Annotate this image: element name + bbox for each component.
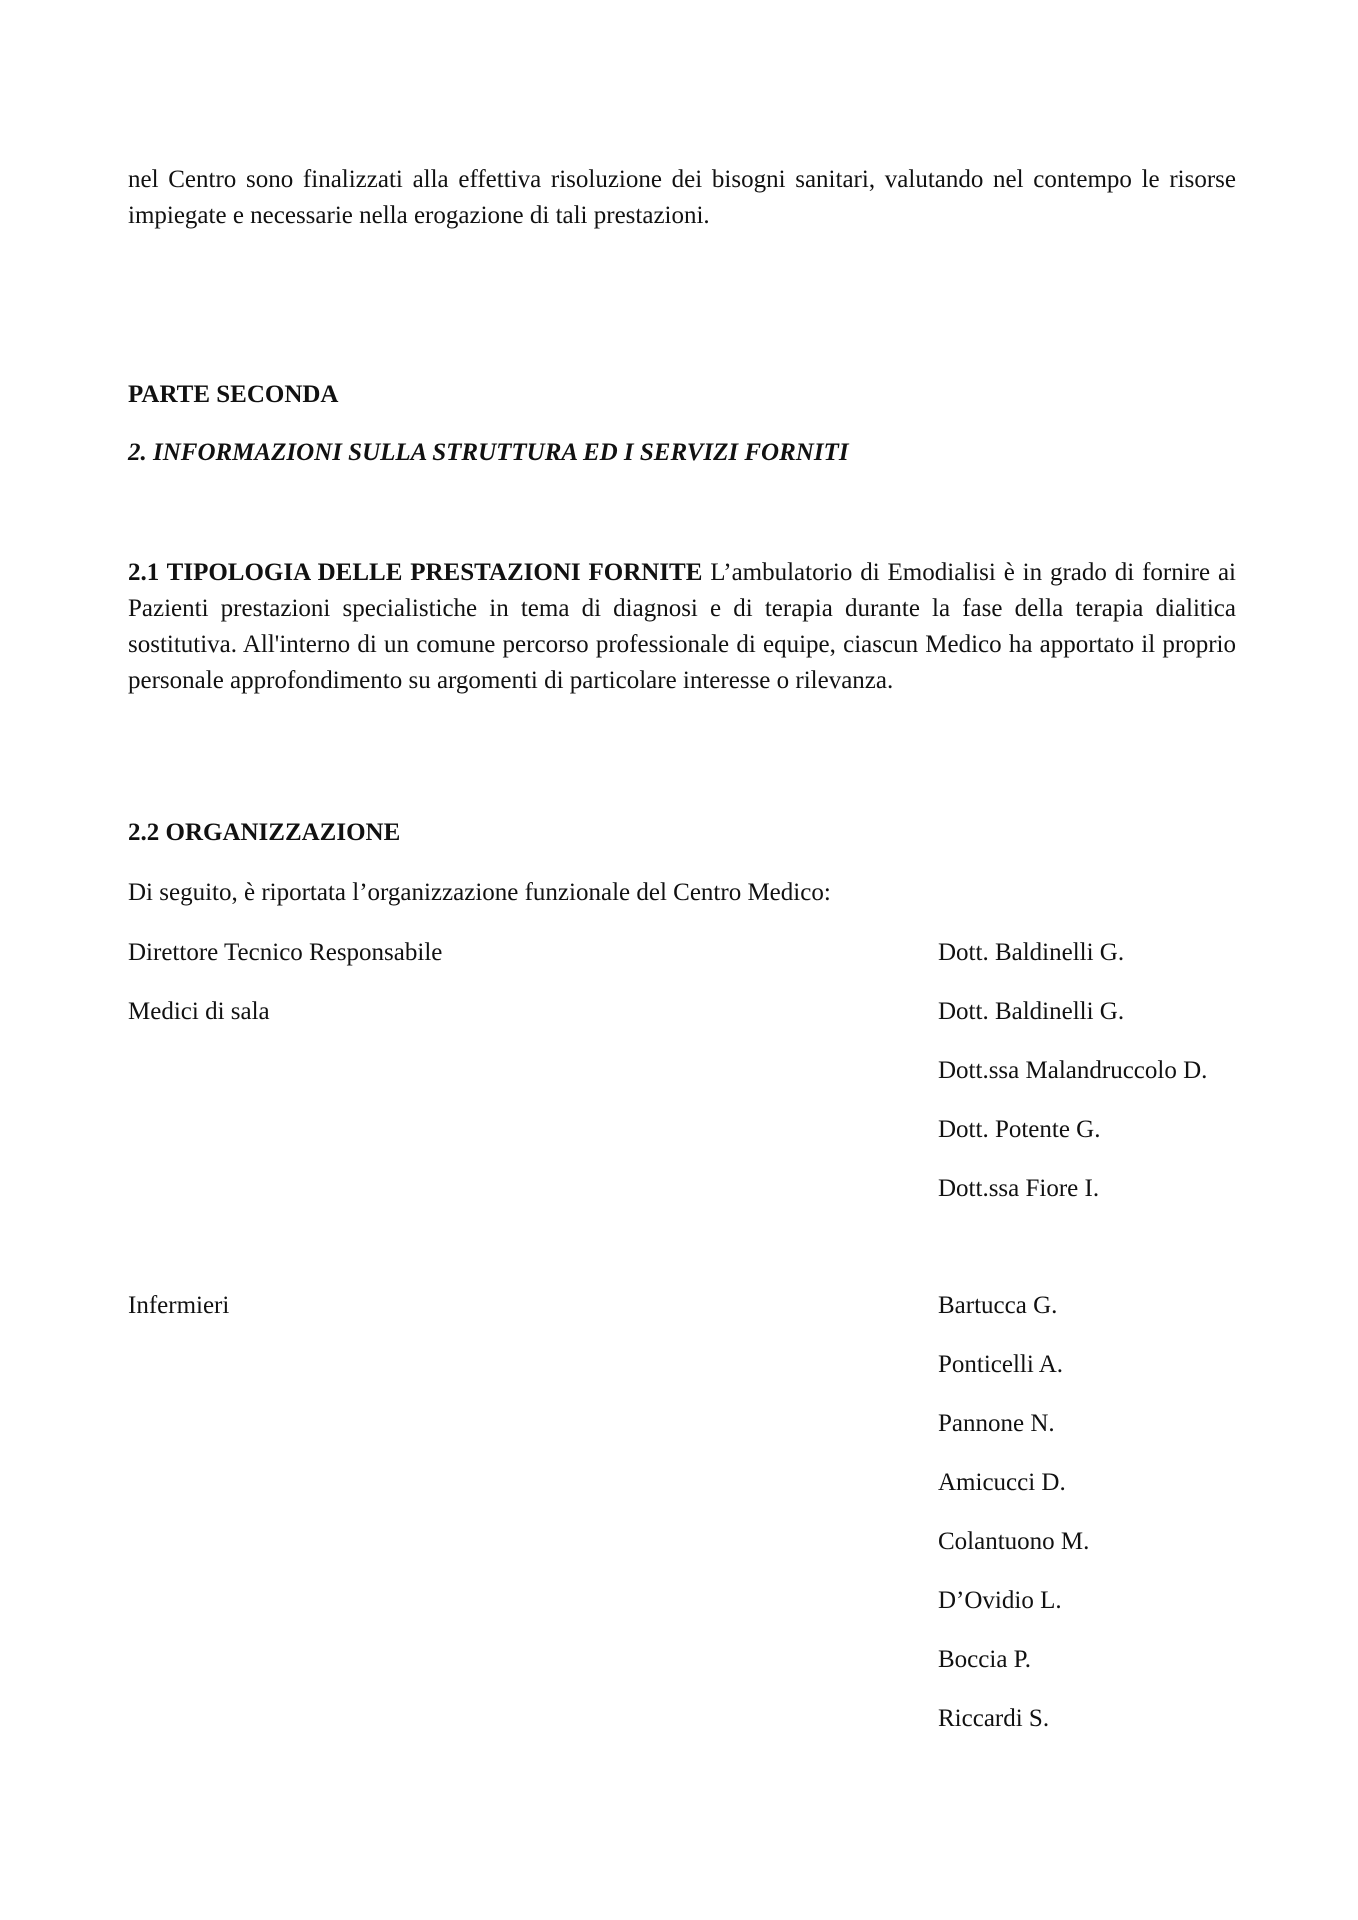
role-label-director: Direttore Tecnico Responsabile bbox=[128, 938, 442, 968]
person-name: Bartucca G. bbox=[938, 1291, 1057, 1321]
person-name: Dott.ssa Fiore I. bbox=[938, 1174, 1099, 1204]
person-name: Boccia P. bbox=[938, 1645, 1031, 1675]
role-label-doctors: Medici di sala bbox=[128, 997, 270, 1027]
section-2-1: 2.1 TIPOLOGIA DELLE PRESTAZIONI FORNITE … bbox=[128, 555, 1236, 699]
section-2-1-title: 2.1 TIPOLOGIA DELLE PRESTAZIONI FORNITE bbox=[128, 559, 702, 586]
role-label-nurses: Infermieri bbox=[128, 1291, 229, 1321]
person-name: D’Ovidio L. bbox=[938, 1586, 1062, 1616]
part-heading: PARTE SECONDA bbox=[128, 380, 339, 410]
person-name: Amicucci D. bbox=[938, 1468, 1066, 1498]
person-name: Pannone N. bbox=[938, 1409, 1055, 1439]
person-name: Riccardi S. bbox=[938, 1704, 1049, 1734]
section-2-2-title: 2.2 ORGANIZZAZIONE bbox=[128, 818, 400, 848]
section-2-2-intro: Di seguito, è riportata l’organizzazione… bbox=[128, 878, 831, 908]
person-name: Colantuono M. bbox=[938, 1527, 1089, 1557]
person-name: Dott.ssa Malandruccolo D. bbox=[938, 1056, 1207, 1086]
person-name: Ponticelli A. bbox=[938, 1350, 1063, 1380]
person-name: Dott. Baldinelli G. bbox=[938, 997, 1124, 1027]
person-name: Dott. Baldinelli G. bbox=[938, 938, 1124, 968]
person-name: Dott. Potente G. bbox=[938, 1115, 1101, 1145]
section-heading: 2. INFORMAZIONI SULLA STRUTTURA ED I SER… bbox=[128, 438, 849, 468]
intro-paragraph: nel Centro sono finalizzati alla effetti… bbox=[128, 162, 1236, 234]
